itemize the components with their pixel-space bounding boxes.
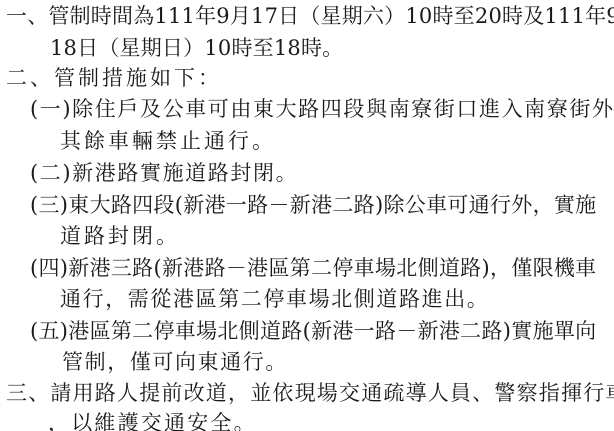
item-5-line-1: (五)港區第二停車場北側道路(新港一路－新港二路)實施單向 (30, 318, 596, 344)
section-1-line-2: 18日（星期日）10時至18時。 (50, 35, 343, 61)
section-1-line-1: 一、管制時間為111年9月17日（星期六）10時至20時及111年9月 (6, 3, 614, 29)
item-3-line-2: 道路封閉。 (60, 223, 180, 249)
item-5-line-2: 管制，僅可向東通行。 (62, 349, 288, 375)
traffic-control-notice: 一、管制時間為111年9月17日（星期六）10時至20時及111年9月 18日（… (0, 0, 614, 431)
item-3-line-1: (三)東大路四段(新港一路－新港二路)除公車可通行外，實施 (30, 192, 596, 218)
item-4-line-1: (四)新港三路(新港路－港區第二停車場北側道路)，僅限機車 (30, 255, 596, 281)
item-1-line-1: (一)除住戶及公車可由東大路四段與南寮街口進入南寮街外， (30, 96, 614, 122)
section-3-line-1: 三、請用路人提前改道，並依現場交通疏導人員、警察指揮行車 (6, 380, 614, 406)
section-2-heading: 二、管制措施如下： (6, 65, 222, 91)
item-4-line-2: 通行，需從港區第二停車場北側道路進出。 (60, 286, 489, 312)
item-2-line-1: (二)新港路實施道路封閉。 (30, 160, 298, 186)
item-1-line-2: 其餘車輛禁止通行。 (60, 128, 276, 154)
section-3-line-2: ，以維護交通安全。 (48, 410, 257, 431)
